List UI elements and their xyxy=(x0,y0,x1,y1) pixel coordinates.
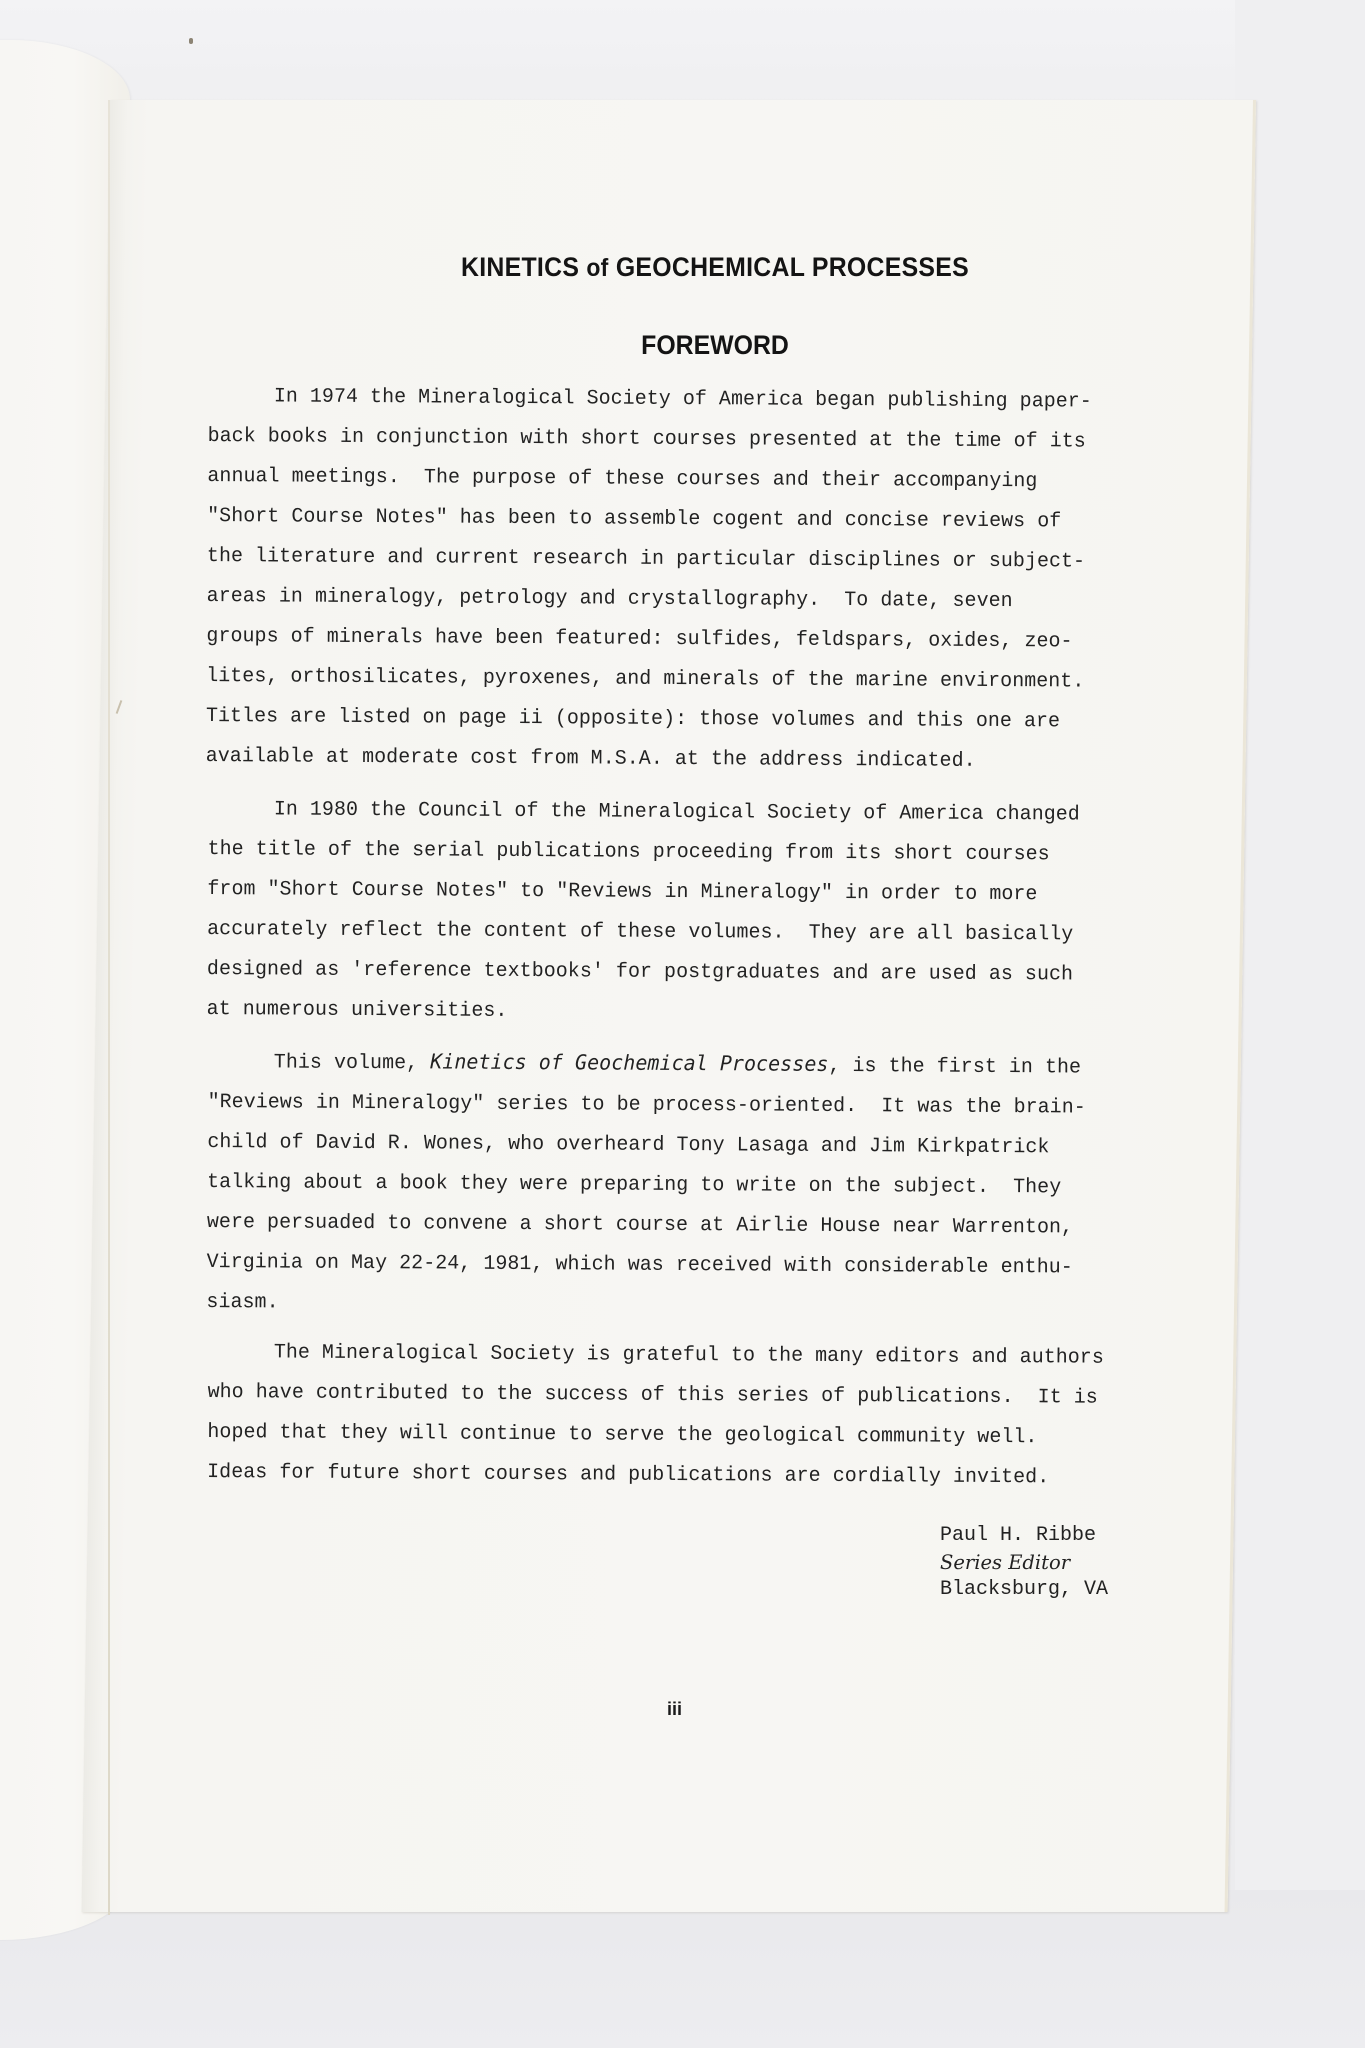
volume-title-italic: Kinetics of Geochemical Processes xyxy=(430,1049,828,1076)
text-fragment: This volume, xyxy=(274,1051,431,1075)
text-line: from "Short Course Notes" to "Reviews in… xyxy=(207,870,1177,916)
text-line: Ideas for future short courses and publi… xyxy=(207,1453,1177,1499)
signature-block: Paul H. Ribbe Series Editor Blacksburg, … xyxy=(940,1522,1108,1603)
page-number: iii xyxy=(667,1699,682,1720)
paragraph-2: In 1980 the Council of the Mineralogical… xyxy=(207,790,1178,1036)
title-part2: GEOCHEMICAL PROCESSES xyxy=(616,252,969,282)
section-heading: FOREWORD xyxy=(57,330,1365,361)
text-line: In 1974 the Mineralogical Society of Ame… xyxy=(208,377,1178,423)
title-part1: KINETICS xyxy=(461,252,579,282)
text-line: who have contributed to the success of t… xyxy=(208,1373,1178,1419)
text-line: the title of the serial publications pro… xyxy=(208,830,1178,876)
text-line: areas in mineralogy, petrology and cryst… xyxy=(207,577,1177,623)
text-line: designed as 'reference textbooks' for po… xyxy=(207,950,1177,996)
text-line: child of David R. Wones, who overheard T… xyxy=(207,1123,1177,1169)
text-line: In 1980 the Council of the Mineralogical… xyxy=(208,790,1178,836)
text-line: at numerous universities. xyxy=(207,990,1177,1036)
text-line: accurately reflect the content of these … xyxy=(207,910,1177,956)
text-line: This volume, Kinetics of Geochemical Pro… xyxy=(208,1040,1178,1089)
text-line: "Reviews in Mineralogy" series to be pro… xyxy=(208,1083,1178,1129)
text-line: available at moderate cost from M.S.A. a… xyxy=(206,737,1176,783)
text-line: Titles are listed on page ii (opposite):… xyxy=(206,697,1176,743)
text-line: groups of minerals have been featured: s… xyxy=(206,617,1176,663)
text-line: were persuaded to convene a short course… xyxy=(207,1203,1177,1249)
paragraph-3: This volume, Kinetics of Geochemical Pro… xyxy=(206,1040,1178,1329)
paragraph-1: In 1974 the Mineralogical Society of Ame… xyxy=(206,377,1178,783)
text-line: annual meetings. The purpose of these co… xyxy=(207,457,1177,503)
text-line: "Short Course Notes" has been to assembl… xyxy=(207,497,1177,543)
text-fragment: , is the first in the xyxy=(828,1055,1081,1080)
text-line: siasm. xyxy=(206,1283,1176,1329)
page-content: KINETICS of GEOCHEMICAL PROCESSES FOREWO… xyxy=(0,0,1365,2048)
text-line: back books in conjunction with short cou… xyxy=(208,417,1178,463)
text-line: hoped that they will continue to serve t… xyxy=(207,1413,1177,1459)
text-line: The Mineralogical Society is grateful to… xyxy=(208,1333,1178,1379)
text-line: the literature and current research in p… xyxy=(207,537,1177,583)
text-line: Virginia on May 22-24, 1981, which was r… xyxy=(207,1243,1177,1289)
paragraph-4: The Mineralogical Society is grateful to… xyxy=(207,1333,1178,1499)
book-title: KINETICS of GEOCHEMICAL PROCESSES xyxy=(57,252,1365,283)
signature-name: Paul H. Ribbe xyxy=(940,1522,1108,1549)
signature-role: Series Editor xyxy=(940,1549,1108,1576)
text-line: lites, orthosilicates, pyroxenes, and mi… xyxy=(206,657,1176,703)
title-of: of xyxy=(586,254,608,282)
text-line: talking about a book they were preparing… xyxy=(207,1163,1177,1209)
signature-location: Blacksburg, VA xyxy=(940,1576,1108,1603)
